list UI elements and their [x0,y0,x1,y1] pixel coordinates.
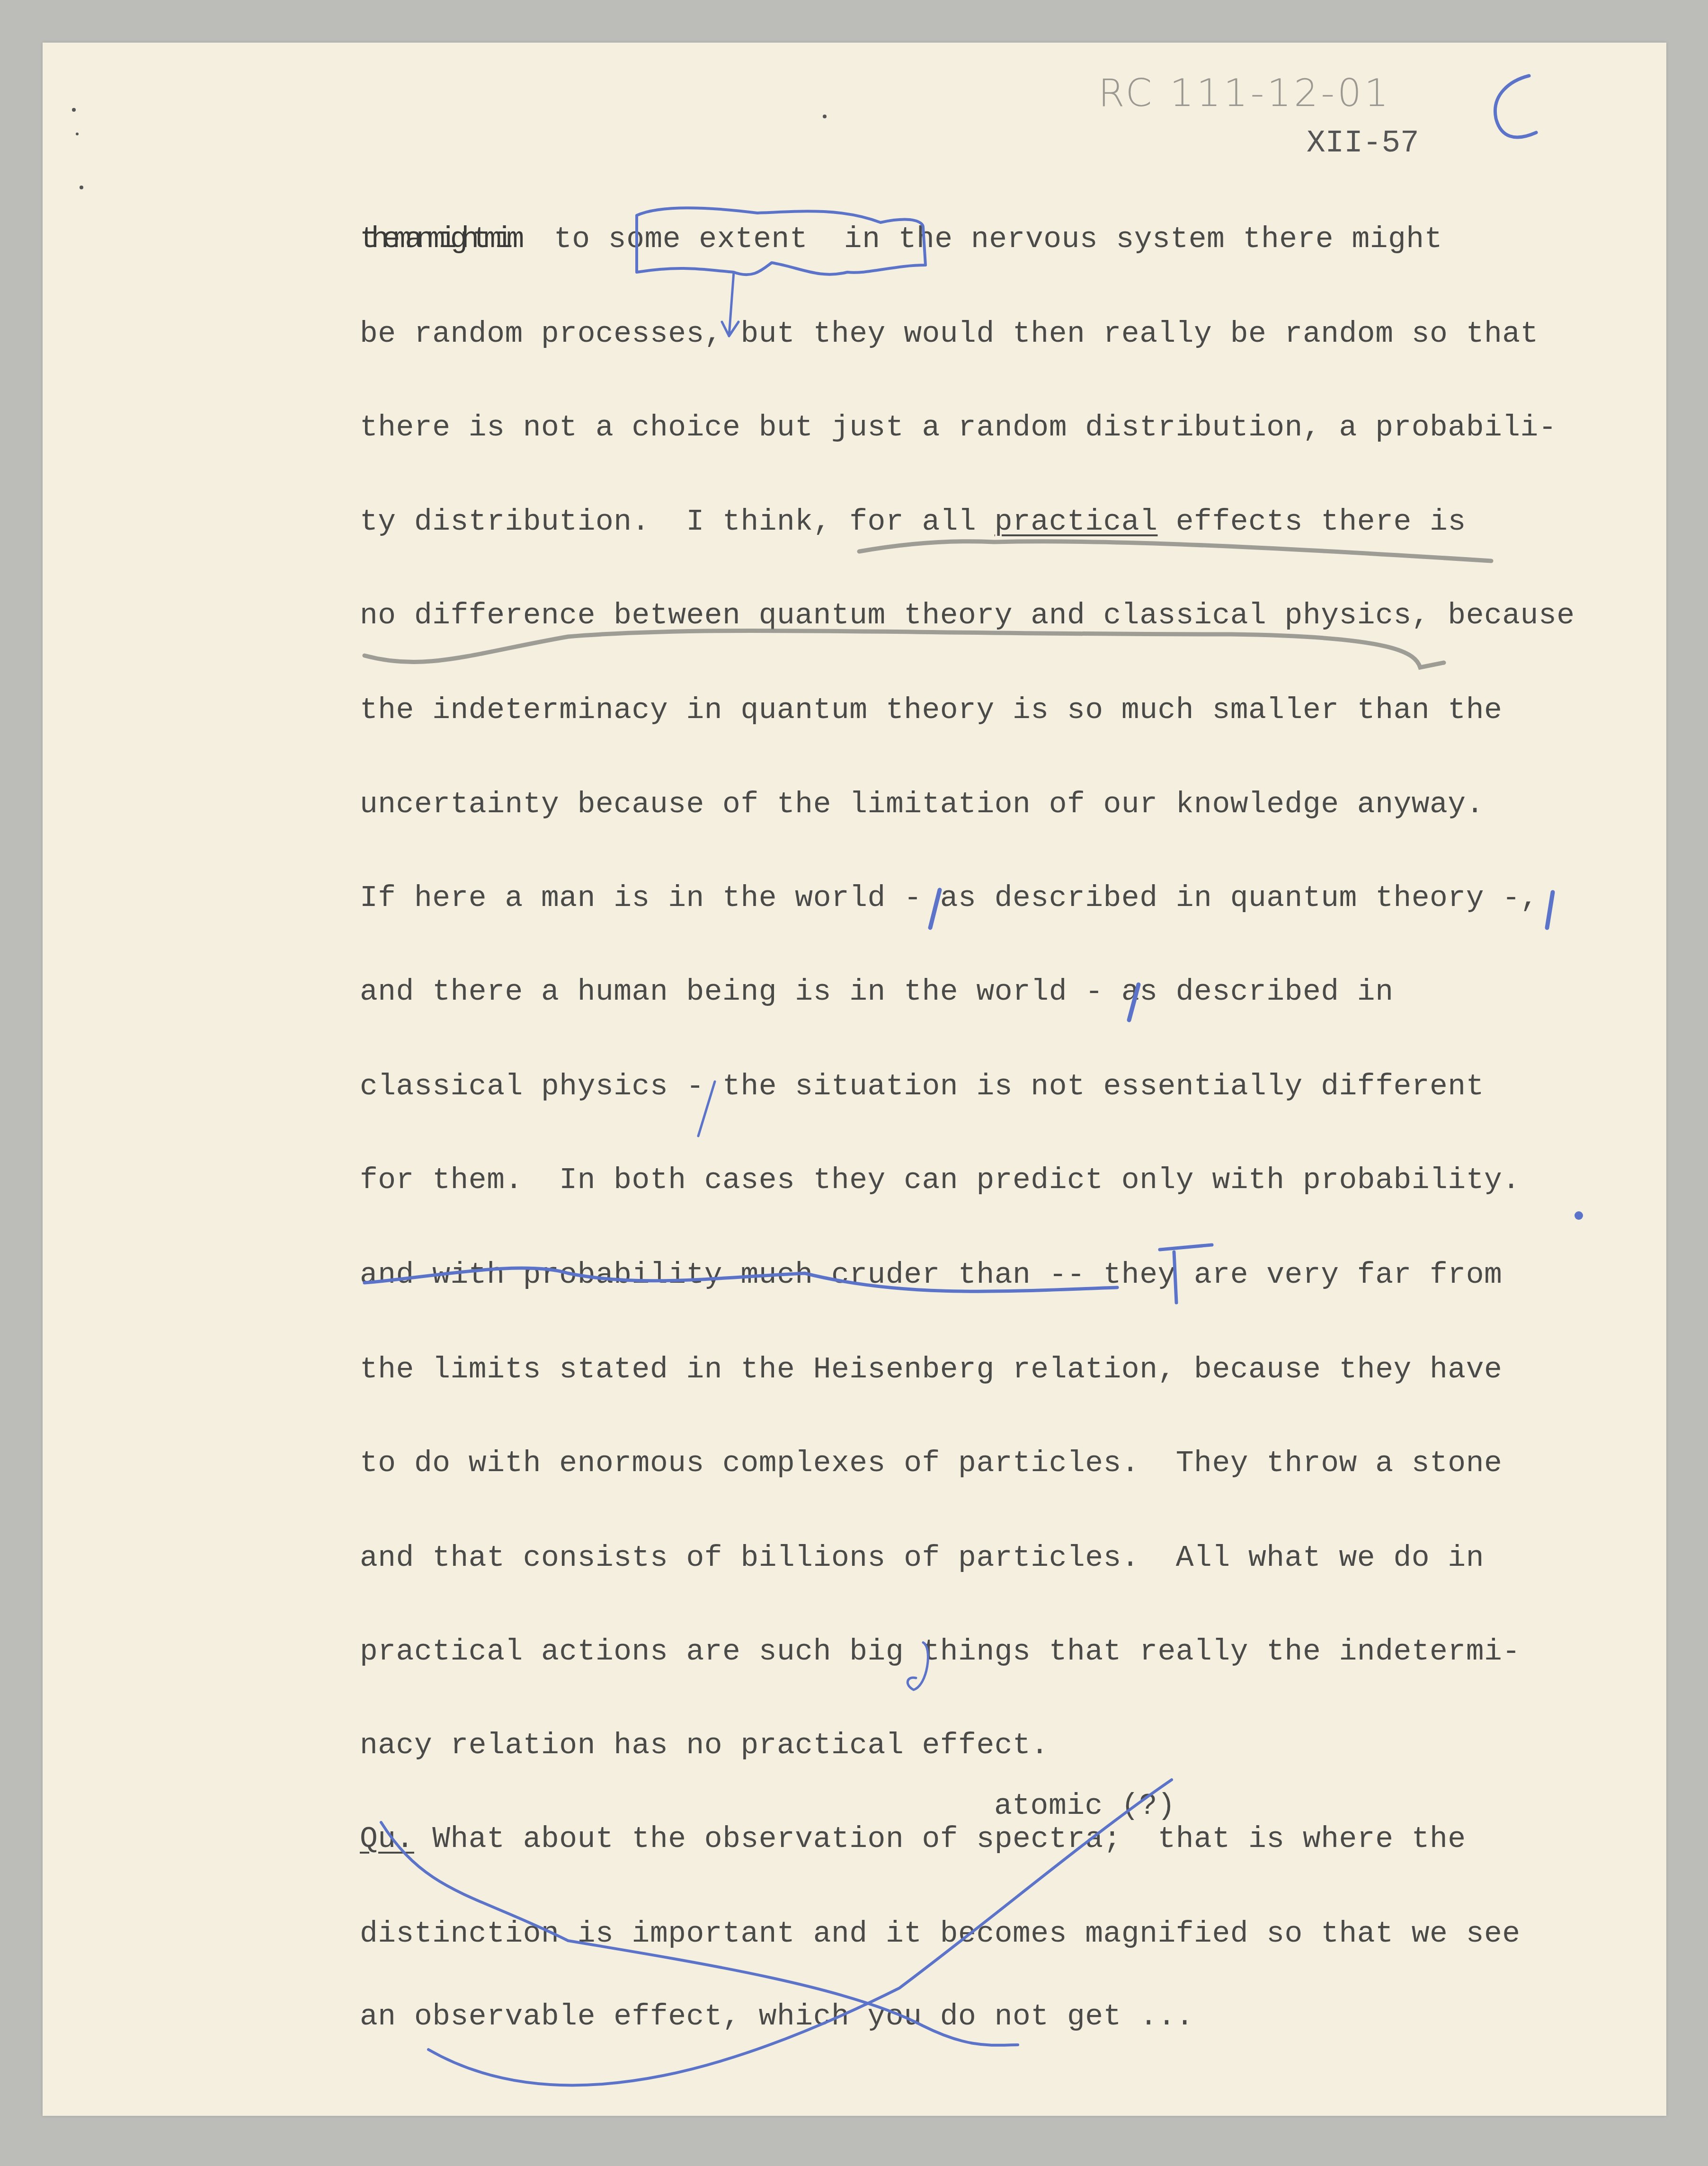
typed-line-12: and with probability much cruder than --… [360,1258,1502,1292]
typed-line-6: the indeterminacy in quantum theory is s… [360,693,1502,727]
question-line-3: an observable effect, which you do not g… [360,2000,1194,2033]
struck-out-text: and with probability much cruder than -- [360,1258,1085,1292]
paper-speck [76,133,79,135]
question-line-1: Qu. What about the observation of spectr… [360,1822,1466,1856]
paper-speck [80,186,83,189]
question-line-2: distinction is important and it becomes … [360,1917,1521,1951]
typed-line-9: and there a human being is in the world … [360,975,1393,1009]
typed-line-14: to do with enormous complexes of particl… [360,1447,1502,1480]
typed-line-7: uncertainty because of the limitation of… [360,788,1484,821]
paper-speck [72,108,76,112]
typed-line-5: no difference between quantum theory and… [360,599,1575,632]
page-code: XII-57 [1307,125,1419,161]
typed-line-8: If here a man is in the world - as descr… [360,881,1539,915]
typed-line-13: the limits stated in the Heisenberg rela… [360,1353,1502,1386]
typed-line-1: themanmightmim to some extent in the ner… [360,222,1442,256]
paper-speck [823,115,827,118]
typed-line-16: practical actions are such big things th… [360,1635,1521,1669]
struck-out-text: themanmightmim [360,222,517,256]
typed-line-2: be random processes, but they would then… [360,317,1539,351]
question-label: Qu. [360,1822,414,1856]
boxed-insertion: to some extent [554,222,808,256]
typed-line-17: nacy relation has no practical effect. [360,1729,1049,1762]
archive-reference: RC 111-12-01 [1098,71,1391,115]
typed-line-3: there is not a choice but just a random … [360,411,1557,444]
typed-line-11: for them. In both cases they can predict… [360,1163,1521,1197]
typed-line-15: and that consists of billions of particl… [360,1541,1484,1575]
typed-line-4: ty distribution. I think, for all practi… [360,505,1466,539]
underlined-word: practical [995,505,1158,539]
typed-line-10: classical physics - the situation is not… [360,1070,1484,1103]
inserted-word-atomic: atomic (?) [994,1789,1175,1823]
